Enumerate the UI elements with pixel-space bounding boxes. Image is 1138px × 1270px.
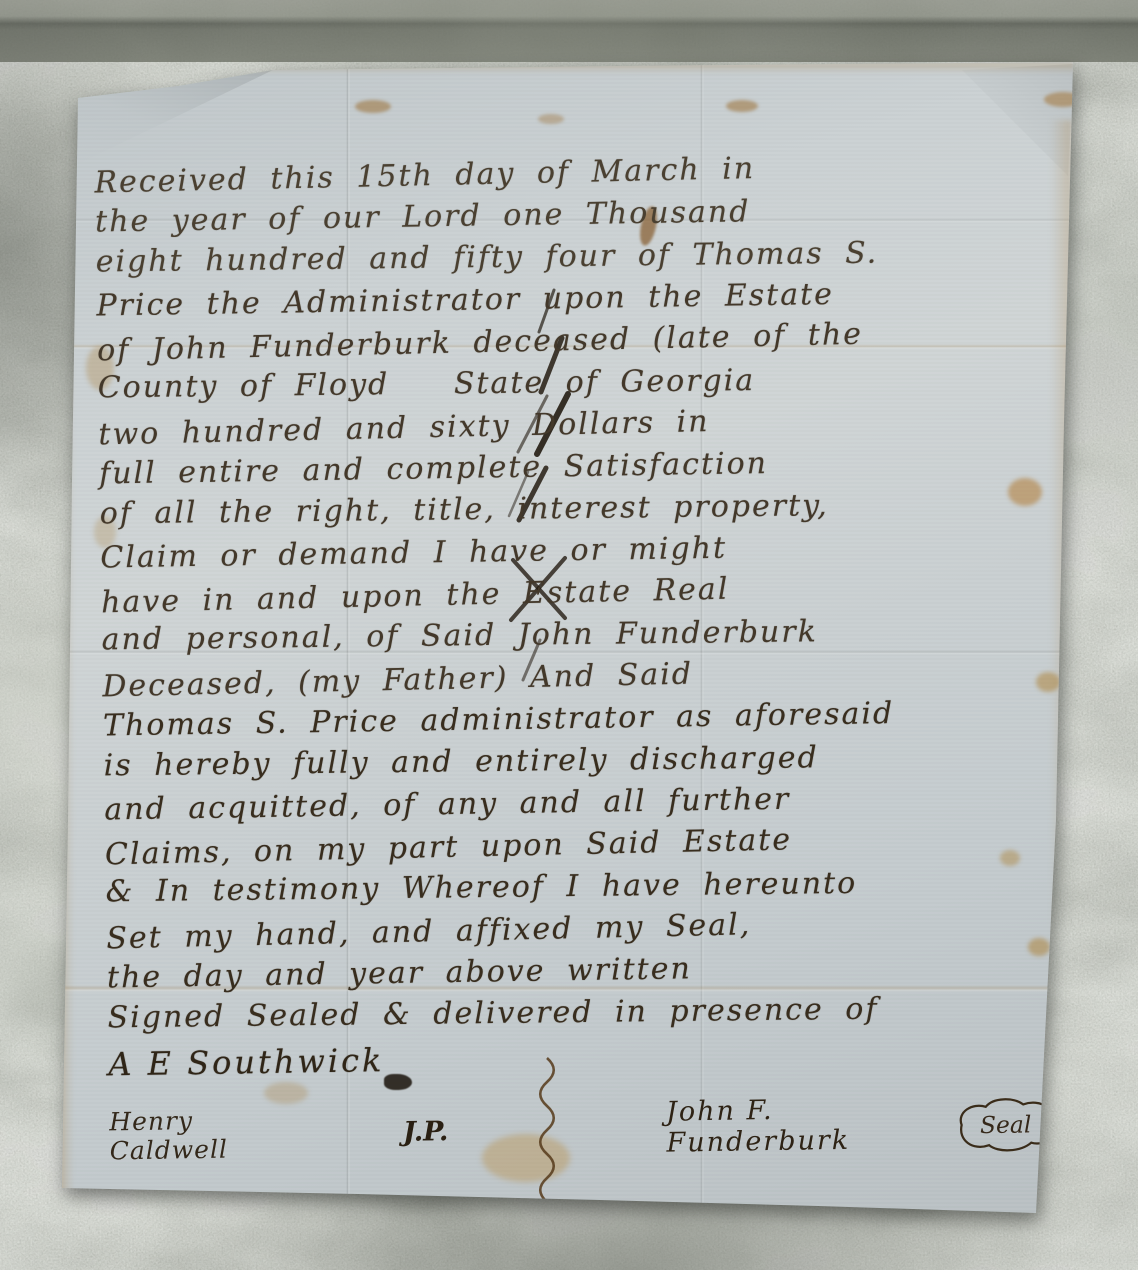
photo-of-document: Received this 15th day of March in the y… <box>0 0 1138 1270</box>
signature-row: Henry Caldwell J.P. John F. Funderburk S… <box>109 1090 1062 1167</box>
document-paper: Received this 15th day of March in the y… <box>58 60 1080 1222</box>
foxing-left-edge <box>58 260 74 1192</box>
jp-initials: J.P. <box>403 1116 449 1148</box>
stain <box>538 114 564 124</box>
signature-block: A E Southwick Henry Caldwell J.P. John F… <box>108 1030 1062 1167</box>
witness-signature-caldwell: Henry Caldwell <box>109 1104 307 1165</box>
fold-corner-top-left <box>74 66 280 168</box>
handwritten-text: Received this 15th day of March in the y… <box>94 145 1062 1168</box>
foxing-top-edge <box>68 62 1074 74</box>
witness-signature-southwick: A E Southwick <box>108 1030 1060 1083</box>
seal-flourish: Seal <box>950 1092 1061 1156</box>
signer-signature-funderburk: John F. Funderburk <box>666 1092 950 1158</box>
stain <box>726 100 758 112</box>
seal-label: Seal <box>980 1110 1032 1139</box>
paper-shadow-wrap: Received this 15th day of March in the y… <box>0 0 1138 1270</box>
stain <box>355 100 391 113</box>
